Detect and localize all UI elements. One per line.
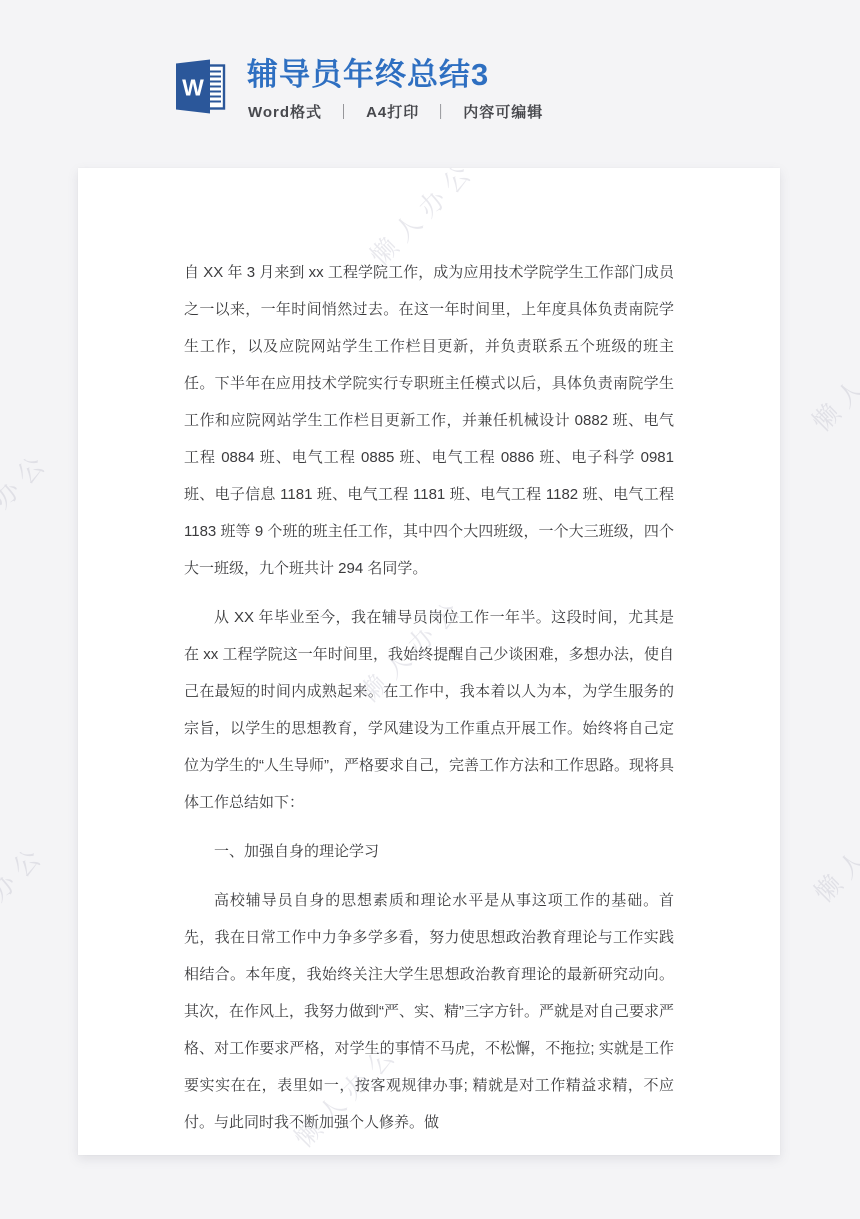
meta-editable-label: 内容可编辑: [463, 101, 543, 122]
template-preview-page: 懒人办公 懒人办公 懒人办公 懒人办公 懒人办公 懒人办公 懒人办公 W 辅导员…: [0, 0, 860, 1219]
paragraph: 高校辅导员自身的思想素质和理论水平是从事这项工作的基础。首先，我在日常工作中力争…: [184, 882, 674, 1141]
watermark: 懒人办公: [0, 441, 57, 563]
word-icon-letter: W: [182, 75, 204, 101]
document-content: 自 XX 年 3 月来到 xx 工程学院工作，成为应用技术学院学生工作部门成员之…: [78, 168, 780, 1155]
word-logo-icon: W: [176, 58, 229, 115]
document-page: 自 XX 年 3 月来到 xx 工程学院工作，成为应用技术学院学生工作部门成员之…: [78, 168, 780, 1155]
page-title: 辅导员年终总结3: [247, 49, 489, 94]
meta-separator: ｜: [433, 101, 449, 122]
watermark: 懒人办公: [0, 834, 53, 956]
meta-print-label: A4打印: [366, 101, 419, 122]
document-meta: Word格式 ｜ A4打印 ｜ 内容可编辑: [248, 101, 543, 122]
section-heading: 一、加强自身的理论学习: [184, 833, 674, 870]
watermark: 懒人办公: [805, 787, 860, 909]
watermark: 懒人办公: [803, 316, 860, 438]
paragraph: 自 XX 年 3 月来到 xx 工程学院工作，成为应用技术学院学生工作部门成员之…: [184, 254, 674, 587]
meta-format-label: Word格式: [248, 101, 322, 122]
meta-separator: ｜: [336, 101, 352, 122]
paragraph: 从 XX 年毕业至今，我在辅导员岗位工作一年半。这段时间，尤其是在 xx 工程学…: [184, 599, 674, 821]
